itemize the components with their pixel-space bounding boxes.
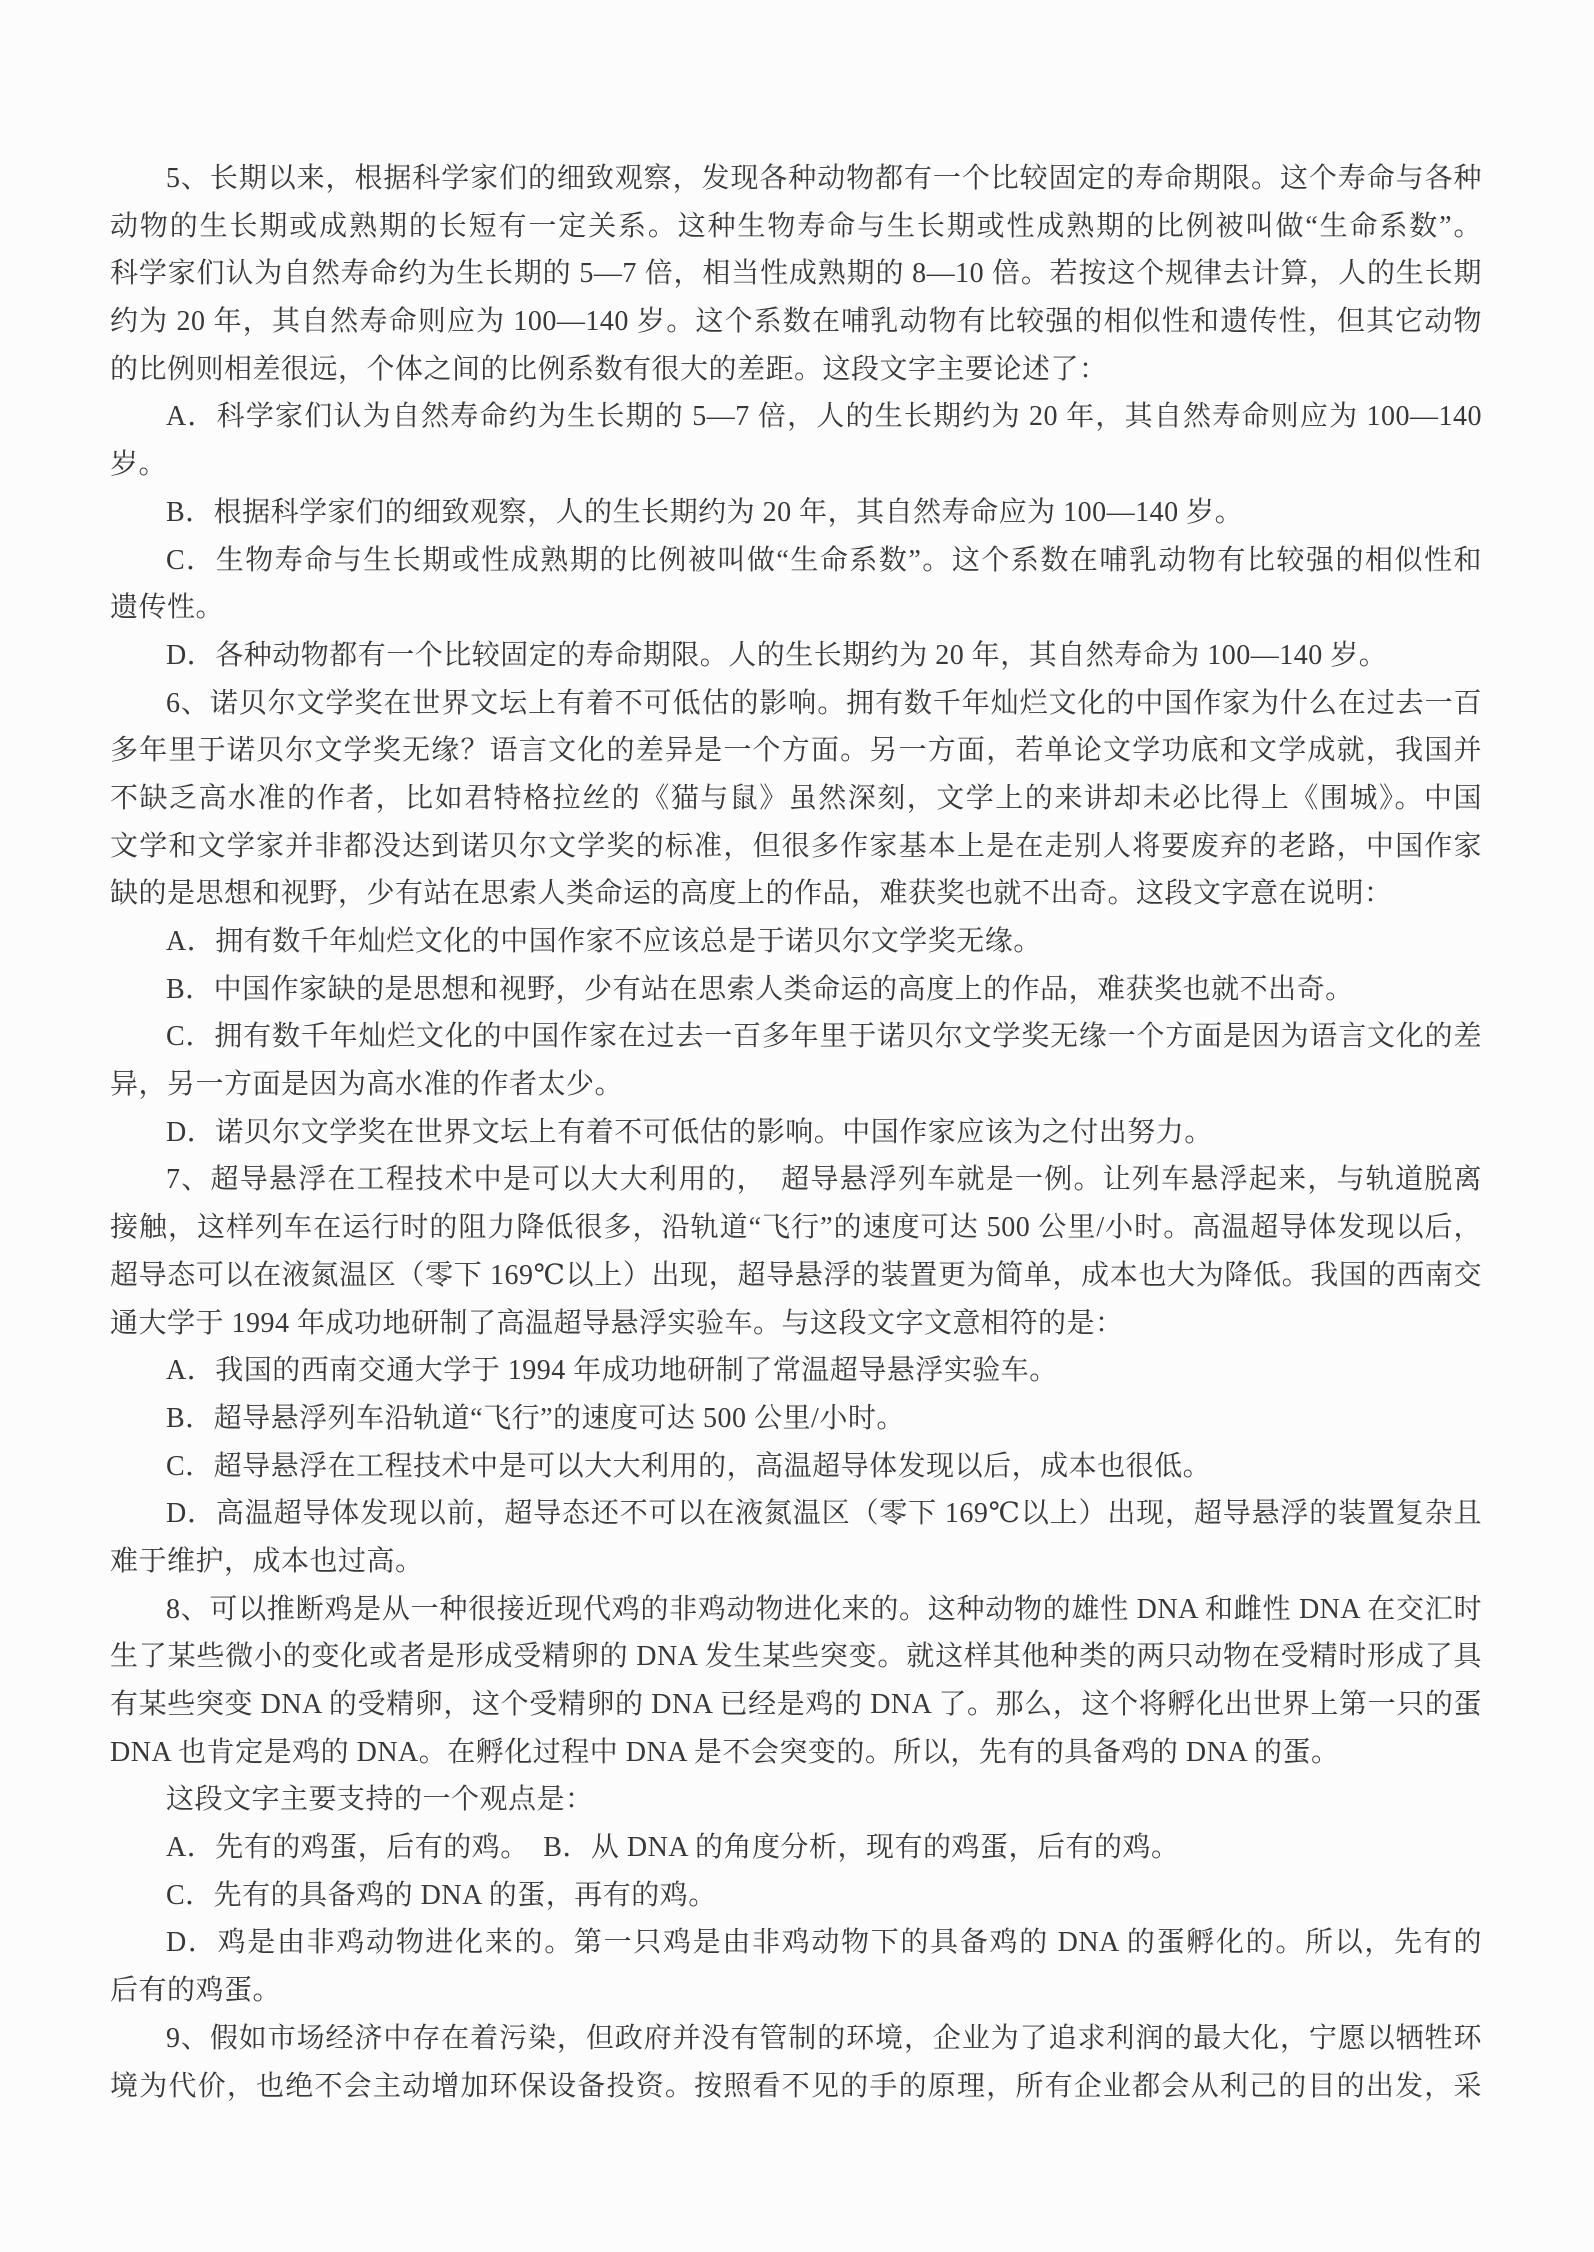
question-5-option-A-line-2: 岁。	[110, 441, 1482, 489]
question-5-option-C-line-1: C．生物寿命与生长期或性成熟期的比例被叫做“生命系数”。这个系数在哺乳动物有比较…	[110, 537, 1482, 585]
question-7-option-D-line-1: D．高温超导体发现以前，超导态还不可以在液氮温区（零下 169℃以上）出现，超导…	[110, 1490, 1482, 1538]
question-8-option-A-B-line-1: A．先有的鸡蛋，后有的鸡。 B．从 DNA 的角度分析，现有的鸡蛋，后有的鸡。	[110, 1824, 1482, 1872]
question-7-stem-line-4: 通大学于 1994 年成功地研制了高温超导悬浮实验车。与这段文字文意相符的是：	[110, 1300, 1482, 1348]
question-9-stem-line-2: 境为代价，也绝不会主动增加环保设备投资。按照看不见的手的原理，所有企业都会从利己…	[110, 2063, 1482, 2111]
question-7-stem-line-2: 接触，这样列车在运行时的阻力降低很多，沿轨道“飞行”的速度可达 500 公里/小…	[110, 1204, 1482, 1252]
question-7-option-A-line-1: A．我国的西南交通大学于 1994 年成功地研制了常温超导悬浮实验车。	[110, 1347, 1482, 1395]
question-5-stem-line-5: 的比例则相差很远，个体之间的比例系数有很大的差距。这段文字主要论述了：	[110, 346, 1482, 394]
question-7-option-D-line-2: 难于维护，成本也过高。	[110, 1538, 1482, 1586]
question-6-stem-line-1: 6、诺贝尔文学奖在世界文坛上有着不可低估的影响。拥有数千年灿烂文化的中国作家为什…	[110, 680, 1482, 728]
question-5-option-C-line-2: 遗传性。	[110, 584, 1482, 632]
question-text-block: 5、长期以来，根据科学家们的细致观察，发现各种动物都有一个比较固定的寿命期限。这…	[110, 155, 1482, 2110]
question-6-stem-line-4: 文学和文学家并非都没达到诺贝尔文学奖的标准，但很多作家基本上是在走别人将要废弃的…	[110, 823, 1482, 871]
question-8-stem-line-5: 这段文字主要支持的一个观点是：	[110, 1776, 1482, 1824]
question-5-option-B-line-1: B．根据科学家们的细致观察，人的生长期约为 20 年，其自然寿命应为 100—1…	[110, 489, 1482, 537]
question-8-option-C-line-1: C．先有的具备鸡的 DNA 的蛋，再有的鸡。	[110, 1872, 1482, 1920]
question-6-option-A-line-1: A．拥有数千年灿烂文化的中国作家不应该总是于诺贝尔文学奖无缘。	[110, 918, 1482, 966]
question-8-stem-line-3: 有某些突变 DNA 的受精卵，这个受精卵的 DNA 已经是鸡的 DNA 了。那么…	[110, 1681, 1482, 1729]
question-5-stem-line-2: 动物的生长期或成熟期的长短有一定关系。这种生物寿命与生长期或性成熟期的比例被叫做…	[110, 203, 1482, 251]
question-6-option-B-line-1: B．中国作家缺的是思想和视野，少有站在思索人类命运的高度上的作品，难获奖也就不出…	[110, 966, 1482, 1014]
question-8-option-D-line-2: 后有的鸡蛋。	[110, 1967, 1482, 2015]
question-8-stem-line-2: 生了某些微小的变化或者是形成受精卵的 DNA 发生某些突变。就这样其他种类的两只…	[110, 1633, 1482, 1681]
question-6-option-C-line-1: C．拥有数千年灿烂文化的中国作家在过去一百多年里于诺贝尔文学奖无缘一个方面是因为…	[110, 1013, 1482, 1061]
question-7-option-B-line-1: B．超导悬浮列车沿轨道“飞行”的速度可达 500 公里/小时。	[110, 1395, 1482, 1443]
question-5-stem-line-1: 5、长期以来，根据科学家们的细致观察，发现各种动物都有一个比较固定的寿命期限。这…	[110, 155, 1482, 203]
question-9-stem-line-1: 9、假如市场经济中存在着污染，但政府并没有管制的环境，企业为了追求利润的最大化，…	[110, 2015, 1482, 2063]
question-5-option-D-line-1: D．各种动物都有一个比较固定的寿命期限。人的生长期约为 20 年，其自然寿命为 …	[110, 632, 1482, 680]
question-5-option-A-line-1: A．科学家们认为自然寿命约为生长期的 5—7 倍，人的生长期约为 20 年，其自…	[110, 393, 1482, 441]
question-7-option-C-line-1: C．超导悬浮在工程技术中是可以大大利用的，高温超导体发现以后，成本也很低。	[110, 1443, 1482, 1491]
question-5-stem-line-4: 约为 20 年，其自然寿命则应为 100—140 岁。这个系数在哺乳动物有比较强…	[110, 298, 1482, 346]
question-5-stem-line-3: 科学家们认为自然寿命约为生长期的 5—7 倍，相当性成熟期的 8—10 倍。若按…	[110, 250, 1482, 298]
question-6-option-C-line-2: 异，另一方面是因为高水准的作者太少。	[110, 1061, 1482, 1109]
question-6-option-D-line-1: D．诺贝尔文学奖在世界文坛上有着不可低估的影响。中国作家应该为之付出努力。	[110, 1109, 1482, 1157]
question-7-stem-line-1: 7、超导悬浮在工程技术中是可以大大利用的， 超导悬浮列车就是一例。让列车悬浮起来…	[110, 1156, 1482, 1204]
question-6-stem-line-2: 多年里于诺贝尔文学奖无缘？语言文化的差异是一个方面。另一方面，若单论文学功底和文…	[110, 727, 1482, 775]
document-page: 5、长期以来，根据科学家们的细致观察，发现各种动物都有一个比较固定的寿命期限。这…	[0, 0, 1594, 2252]
question-8-stem-line-1: 8、可以推断鸡是从一种很接近现代鸡的非鸡动物进化来的。这种动物的雄性 DNA 和…	[110, 1586, 1482, 1634]
question-6-stem-line-5: 缺的是思想和视野，少有站在思索人类命运的高度上的作品，难获奖也就不出奇。这段文字…	[110, 870, 1482, 918]
question-8-option-D-line-1: D．鸡是由非鸡动物进化来的。第一只鸡是由非鸡动物下的具备鸡的 DNA 的蛋孵化的…	[110, 1919, 1482, 1967]
question-7-stem-line-3: 超导态可以在液氮温区（零下 169℃以上）出现，超导悬浮的装置更为简单，成本也大…	[110, 1252, 1482, 1300]
question-6-stem-line-3: 不缺乏高水准的作者，比如君特格拉丝的《猫与鼠》虽然深刻，文学上的来讲却未必比得上…	[110, 775, 1482, 823]
question-8-stem-line-4: DNA 也肯定是鸡的 DNA。在孵化过程中 DNA 是不会突变的。所以，先有的具…	[110, 1729, 1482, 1777]
